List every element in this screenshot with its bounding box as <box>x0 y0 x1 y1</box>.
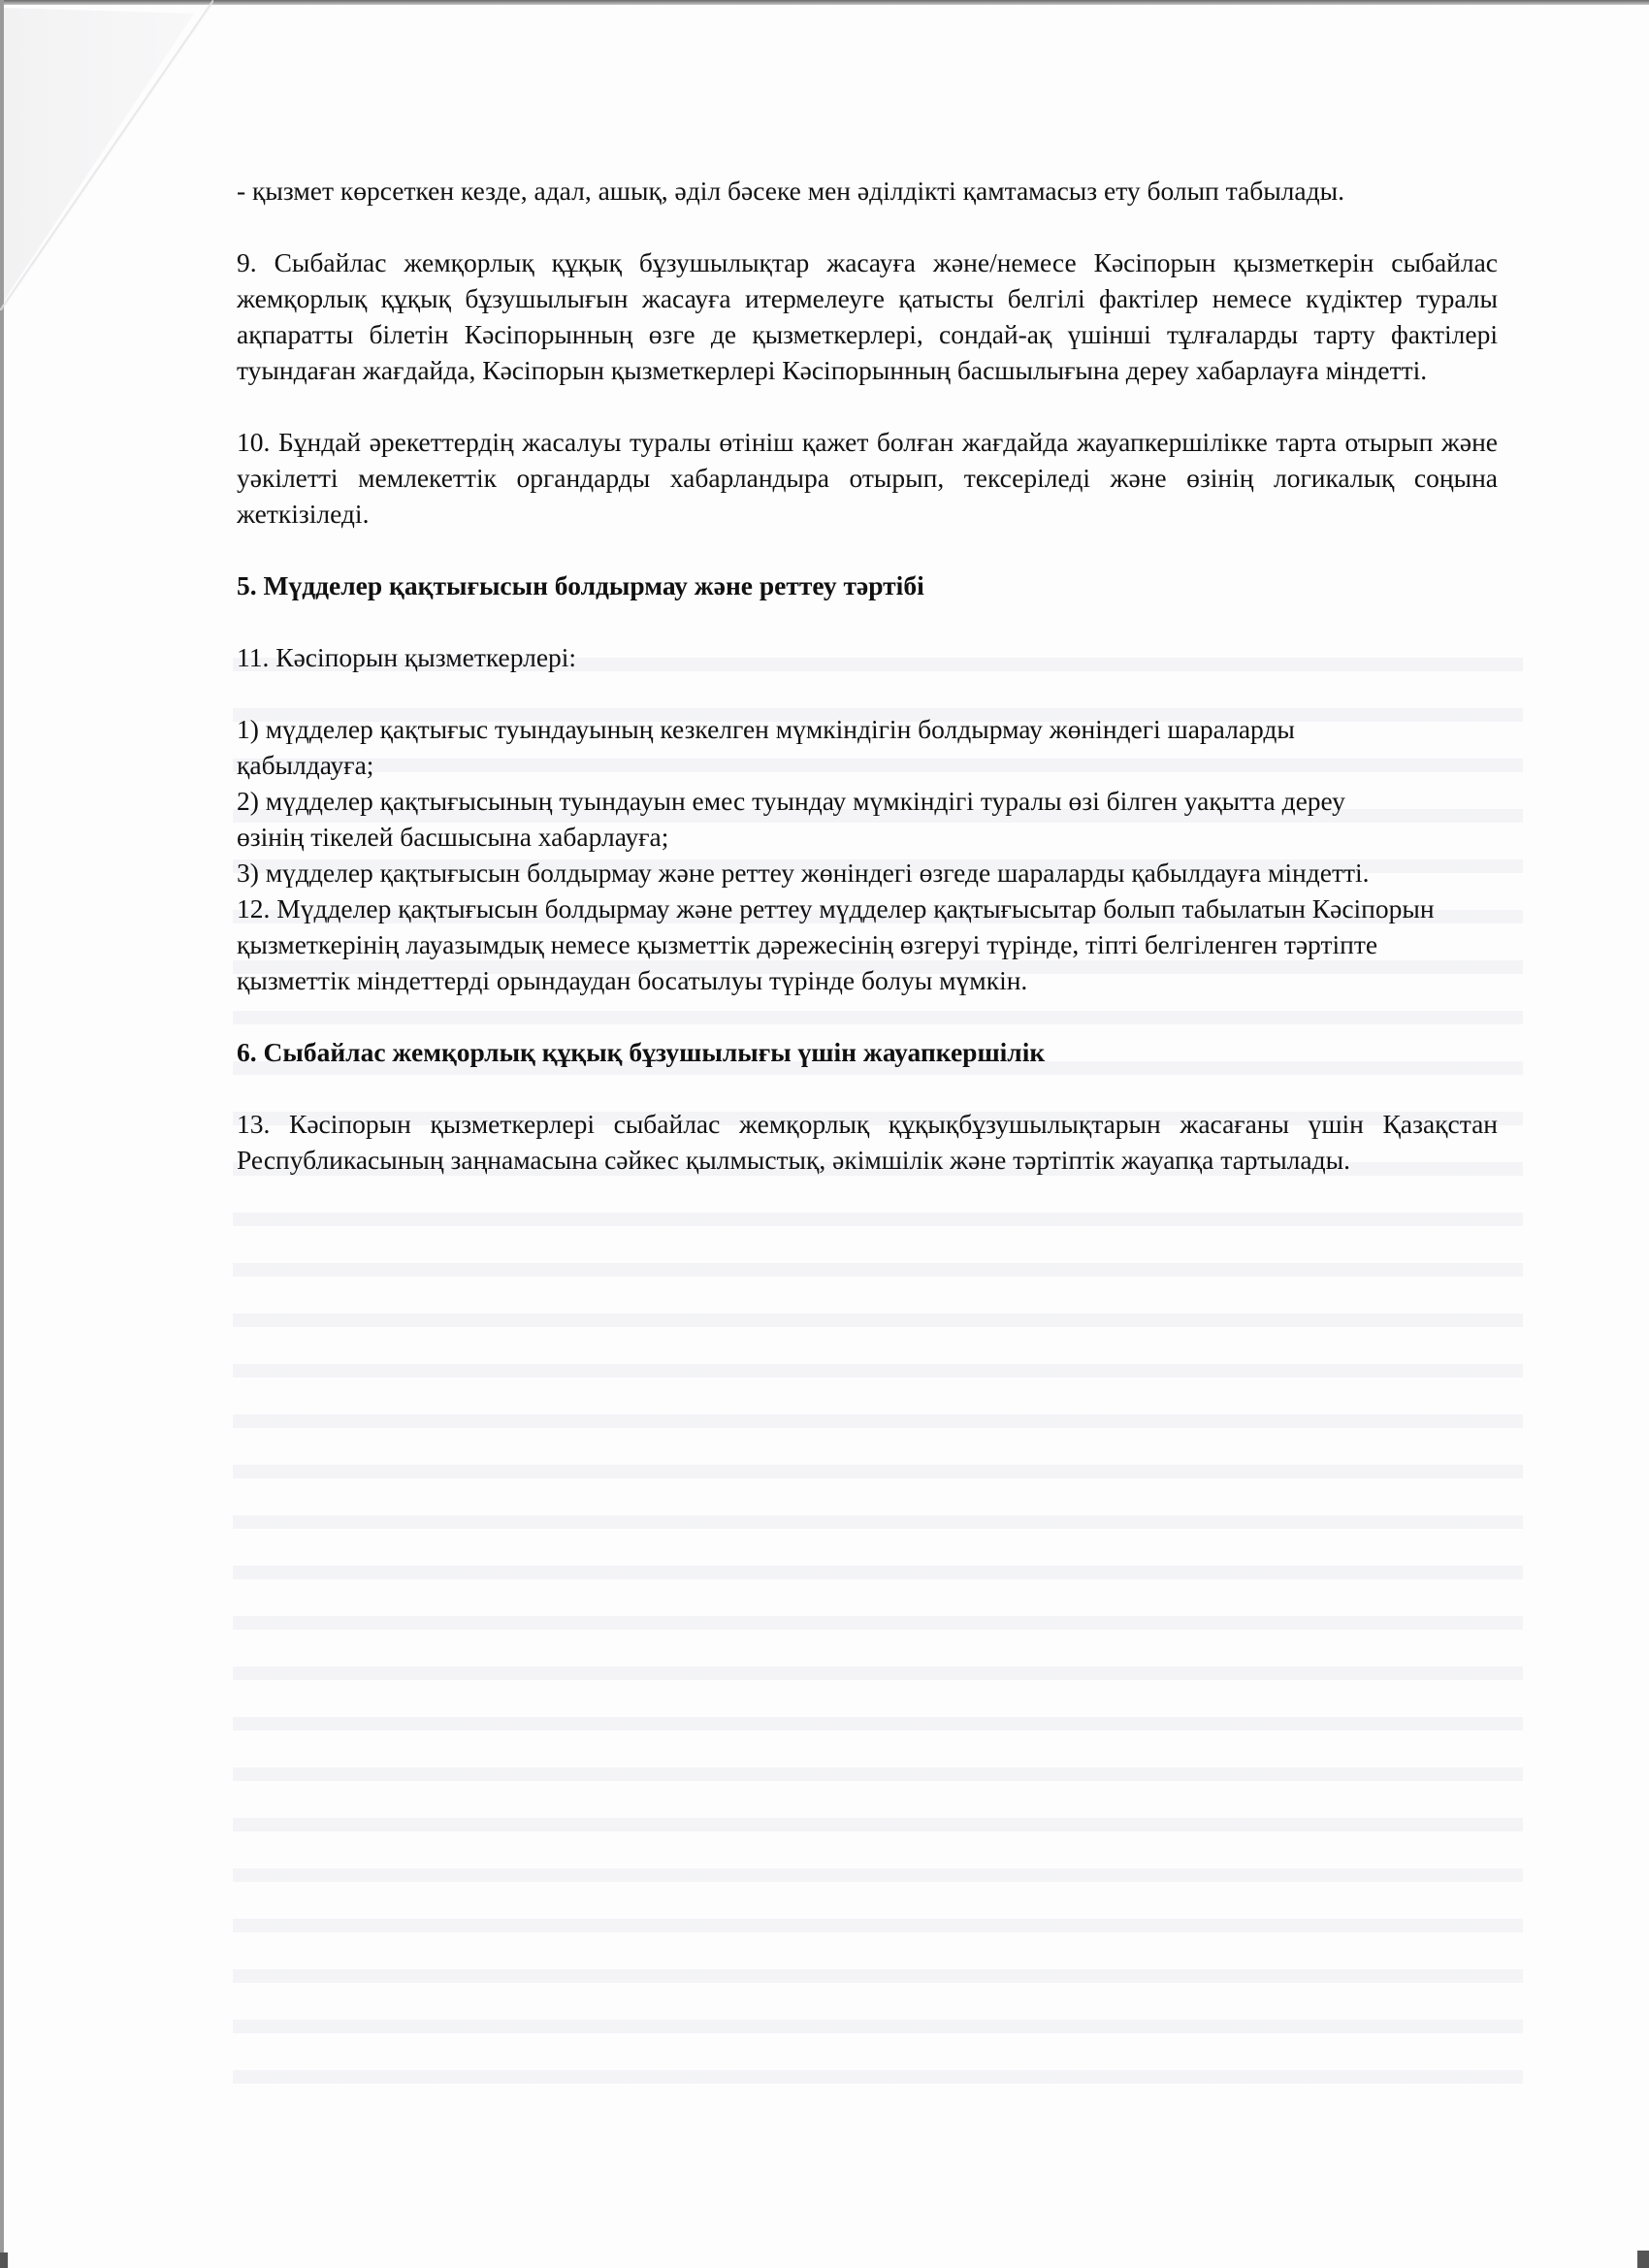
section-heading-6: 6. Сыбайлас жемқорлық құқық бұзушылығы ү… <box>237 1034 1498 1070</box>
paragraph-10: 10. Бұндай әрекеттердің жасалуы туралы ө… <box>237 424 1498 532</box>
folded-corner <box>0 0 204 2268</box>
folded-corner-crease <box>0 0 213 310</box>
spacer <box>237 209 1498 244</box>
paragraph-12: 12. Мүдделер қақтығысын болдырмау және р… <box>237 891 1439 998</box>
spacer <box>237 675 1498 711</box>
scan-left-edge <box>0 0 4 2268</box>
paragraph-8-end: - қызмет көрсеткен кезде, адал, ашық, әд… <box>237 173 1498 209</box>
list-item: 2) мүдделер қақтығысының туындауын емес … <box>237 783 1401 855</box>
scan-top-edge <box>0 0 1649 5</box>
obligations-list: 1) мүдделер қақтығыс туындауының кезкелг… <box>237 711 1478 891</box>
spacer <box>237 998 1498 1034</box>
paragraph-11: 11. Кәсіпорын қызметкерлері: <box>237 639 1498 675</box>
list-item: 3) мүдделер қақтығысын болдырмау және ре… <box>237 855 1478 891</box>
paragraph-9: 9. Сыбайлас жемқорлық құқық бұзушылықтар… <box>237 244 1498 388</box>
spacer <box>237 532 1498 567</box>
spacer <box>237 388 1498 424</box>
document-page: - қызмет көрсеткен кезде, адал, ашық, әд… <box>237 173 1498 1178</box>
spacer <box>237 1070 1498 1106</box>
list-item: 1) мүдделер қақтығыс туындауының кезкелг… <box>237 711 1304 783</box>
spacer <box>237 603 1498 639</box>
scan-bottom-left-corner <box>0 2252 8 2268</box>
paragraph-13: 13. Кәсіпорын қызметкерлері сыбайлас жем… <box>237 1106 1498 1178</box>
section-heading-5: 5. Мүдделер қақтығысын болдырмау және ре… <box>237 567 1498 603</box>
scan-bottom-right-corner <box>1637 2251 1649 2268</box>
